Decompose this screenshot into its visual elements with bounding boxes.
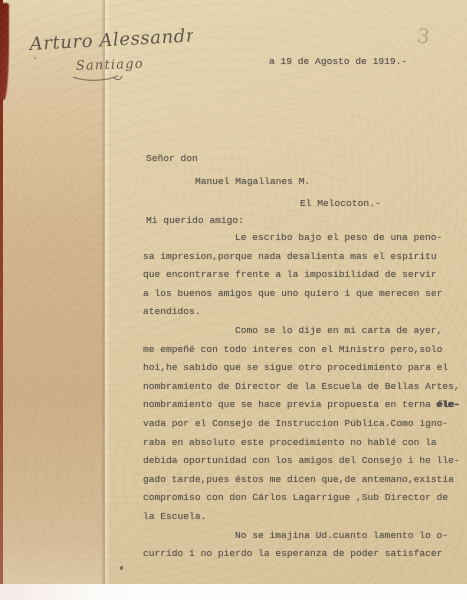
salutation: Mi querido amigo: — [146, 215, 244, 227]
body-line: currido i no pierdo la esperanza de pode… — [143, 545, 465, 564]
letterhead-name: Arturo Alessandri — [27, 25, 193, 55]
body-line: atendidos. — [143, 303, 465, 322]
ink-dot — [34, 57, 36, 59]
body-line: Como se lo dije en mi carta de ayer, — [143, 322, 465, 341]
letterhead: Arturo Alessandri Santiago — [18, 18, 193, 88]
body-line: gado tarde,pues éstos me dicen que,de an… — [143, 471, 465, 490]
body-line: hoi,he sabido que se sigue otro procedim… — [143, 359, 465, 378]
body-line: sa impresion,porque nada desalienta mas … — [143, 248, 465, 267]
ink-speck — [120, 566, 123, 570]
body-line: que encontrarse frente a la imposibilida… — [143, 266, 465, 285]
body-line: la Escuela. — [143, 508, 465, 527]
overstruck-text: éle- — [437, 399, 460, 410]
scan-background — [0, 584, 467, 600]
recipient-line-place: El Melocoton.- — [300, 198, 381, 210]
body-line: Le escribo bajo el peso de una peno- — [143, 229, 465, 248]
body-line: vada por el Consejo de Instruccion Públi… — [143, 415, 465, 434]
letterhead-flourish — [73, 76, 122, 80]
scanned-letter: Arturo Alessandri Santiago 3 a 19 de Ago… — [0, 0, 467, 600]
paper-area: Arturo Alessandri Santiago 3 a 19 de Ago… — [0, 0, 467, 584]
letter-body: Le escribo bajo el peso de una peno-sa i… — [143, 229, 465, 564]
body-line: nombramiento que se hace previa propuest… — [143, 396, 465, 415]
recipient-line-senor: Señor don — [146, 153, 198, 165]
body-line: No se imajina Ud.cuanto lamento lo o- — [143, 527, 465, 546]
letterhead-city: Santiago — [76, 57, 144, 74]
body-line: me empeñé con todo interes con el Minist… — [143, 341, 465, 360]
recipient-line-name: Manuel Magallanes M. — [195, 176, 310, 188]
date-line: a 19 de Agosto de 1919.- — [269, 56, 407, 68]
body-line: compromiso con don Cárlos Lagarrigue ,Su… — [143, 489, 465, 508]
body-line: raba en absoluto este procedimiento no h… — [143, 434, 465, 453]
body-line: nombramiento de Director de la Escuela d… — [143, 378, 465, 397]
body-line: a los buenos amigos que uno quiero i que… — [143, 285, 465, 304]
body-line: debida oportunidad con los amigos del Co… — [143, 452, 465, 471]
